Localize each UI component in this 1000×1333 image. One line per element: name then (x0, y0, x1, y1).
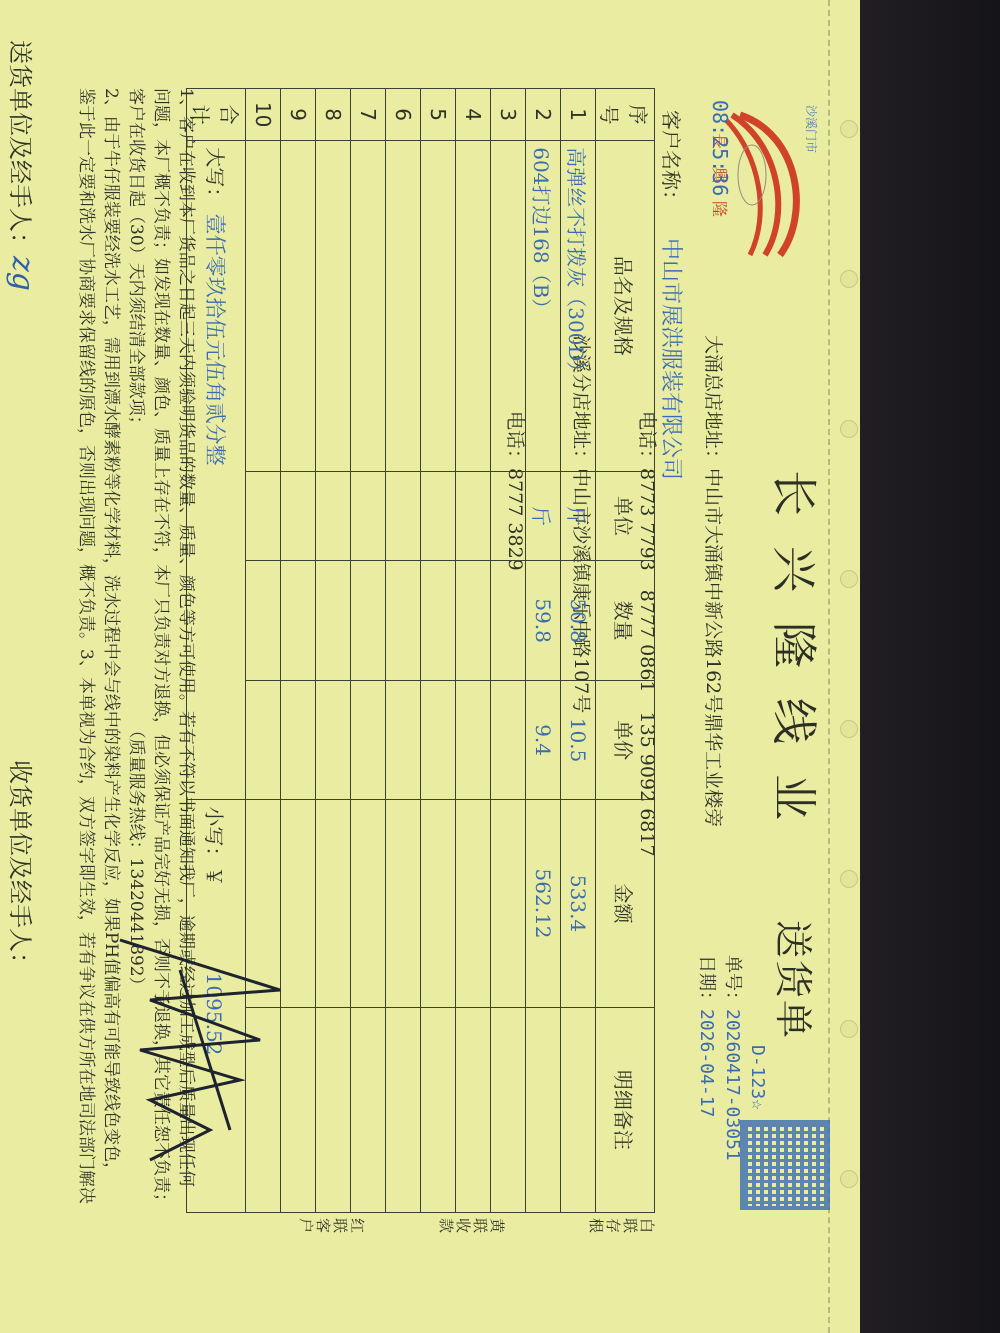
row-qty (386, 561, 421, 680)
row-no: 4 (456, 89, 491, 141)
row-no: 10 (246, 89, 281, 141)
row-qty: 50.8 (561, 561, 596, 680)
row-price (456, 680, 491, 799)
col-header-note: 明细备注 (596, 1007, 655, 1212)
row-unit (456, 471, 491, 561)
row-unit (386, 471, 421, 561)
row-price (351, 680, 386, 799)
table-row: 8 (316, 89, 351, 1213)
table-header-row: 序号 品名及规格 单位 数量 单价 金额 明细备注 (596, 89, 655, 1213)
order-no-label: 单号： (722, 955, 743, 1009)
table-row: 6 (386, 89, 421, 1213)
row-qty (351, 561, 386, 680)
table-row: 1 高弹丝不打拨灰（300D） 斤 50.8 10.5 533.4 (561, 89, 596, 1213)
table-surface-background (855, 0, 1000, 1333)
row-unit (351, 471, 386, 561)
row-price (246, 680, 281, 799)
col-header-name: 品名及规格 (596, 141, 655, 471)
row-amount (316, 800, 351, 1007)
row-price (386, 680, 421, 799)
sender-signature-row: 送货单位及经手人： zg (5, 40, 40, 256)
row-note (316, 1007, 351, 1212)
row-unit (491, 471, 526, 561)
col-header-amount: 金额 (596, 800, 655, 1007)
copy-label-yellow: 黄联收款 (437, 1218, 505, 1236)
document-type: 送货单 (769, 920, 824, 1040)
col-header-price: 单价 (596, 680, 655, 799)
row-name (491, 141, 526, 471)
date-label: 日期： (696, 955, 717, 1009)
row-note (386, 1007, 421, 1212)
table-row: 7 (351, 89, 386, 1213)
receiver-signature-row: 收货单位及经手人： (5, 760, 40, 976)
row-price: 9.4 (526, 680, 561, 799)
row-amount: 562.12 (526, 800, 561, 1007)
row-unit (281, 471, 316, 561)
feed-hole (840, 420, 858, 438)
row-note (456, 1007, 491, 1212)
company-title: 长兴隆线业 (764, 470, 830, 850)
feed-hole (840, 1020, 858, 1038)
feed-hole (840, 120, 858, 138)
receiver-label: 收货单位及经手人： (6, 760, 34, 976)
row-qty (491, 561, 526, 680)
row-amount: 533.4 (561, 800, 596, 1007)
table-row: 4 (456, 89, 491, 1213)
lower-label: 小写：￥ (203, 806, 227, 886)
table-row: 2 604打边168（B） 斤 59.8 9.4 562.12 (526, 89, 561, 1213)
customer-name: 中山市展洪服装有限公司 (658, 238, 683, 480)
row-amount (421, 800, 456, 1007)
row-name (386, 141, 421, 471)
feed-hole (840, 570, 858, 588)
row-qty (456, 561, 491, 680)
row-qty (421, 561, 456, 680)
row-name (281, 141, 316, 471)
total-upper-value: 壹仟零玖拾伍元伍角贰分整 (203, 214, 227, 466)
customer-line: 客户名称：中山市展洪服装有限公司 (657, 110, 688, 480)
row-amount (456, 800, 491, 1007)
row-price (421, 680, 456, 799)
feed-hole (840, 270, 858, 288)
receiver-signature-scribble-icon (100, 930, 300, 1190)
row-price (281, 680, 316, 799)
table-row: 5 (421, 89, 456, 1213)
row-note (491, 1007, 526, 1212)
row-unit: 斤 (561, 471, 596, 561)
row-no: 8 (316, 89, 351, 141)
row-name: 604打边168（B） (526, 141, 561, 471)
row-note (351, 1007, 386, 1212)
delivery-slip: 沙溪门市 長興隆 08:25:36 长兴隆线业 送货单 大涌总店地址：中山市大涌… (0, 0, 860, 1333)
row-price: 10.5 (561, 680, 596, 799)
row-price (491, 680, 526, 799)
row-name (246, 141, 281, 471)
row-name (316, 141, 351, 471)
note-line: 鉴于此一定要和洗水厂协商要求保留线的原色，否则出现问题，概不负责。3、本单视为合… (73, 88, 98, 1268)
qr-code-icon (740, 1120, 830, 1210)
row-no: 9 (281, 89, 316, 141)
row-qty (281, 561, 316, 680)
row-name (456, 141, 491, 471)
row-qty (246, 561, 281, 680)
sender-label: 送货单位及经手人： (6, 40, 34, 256)
customer-label: 客户名称： (659, 110, 683, 210)
col-header-no: 序号 (596, 89, 655, 141)
col-header-qty: 数量 (596, 561, 655, 680)
table-row: 3 (491, 89, 526, 1213)
row-no: 5 (421, 89, 456, 141)
date-value: 2026-04-17 (696, 1009, 717, 1117)
row-unit (421, 471, 456, 561)
swoosh-logo-icon (720, 95, 810, 265)
tractor-feed-strip (836, 0, 860, 1333)
feed-hole (840, 870, 858, 888)
copy-label-white: 白联存根 (587, 1218, 655, 1236)
row-name (421, 141, 456, 471)
upper-label: 大写： (203, 147, 227, 207)
row-no: 7 (351, 89, 386, 141)
feed-hole (840, 720, 858, 738)
feed-hole (840, 1170, 858, 1188)
row-name (351, 141, 386, 471)
row-price (316, 680, 351, 799)
row-qty (316, 561, 351, 680)
print-time: 08:25:36 (708, 100, 732, 196)
row-qty: 59.8 (526, 561, 561, 680)
row-unit: 斤 (526, 471, 561, 561)
row-note (526, 1007, 561, 1212)
row-amount (351, 800, 386, 1007)
row-unit (316, 471, 351, 561)
row-amount (386, 800, 421, 1007)
copy-label-red: 红联客户 (297, 1218, 365, 1236)
row-name: 高弹丝不打拨灰（300D） (561, 141, 596, 471)
row-unit (246, 471, 281, 561)
sender-signature: zg (5, 256, 40, 291)
row-note (561, 1007, 596, 1212)
row-note (421, 1007, 456, 1212)
col-header-unit: 单位 (596, 471, 655, 561)
row-no: 3 (491, 89, 526, 141)
row-no: 1 (561, 89, 596, 141)
address-line: 大涌总店地址：中山市大涌镇中新公路162号鼎华工业楼旁 (702, 335, 724, 857)
row-no: 6 (386, 89, 421, 141)
row-no: 2 (526, 89, 561, 141)
row-amount (491, 800, 526, 1007)
